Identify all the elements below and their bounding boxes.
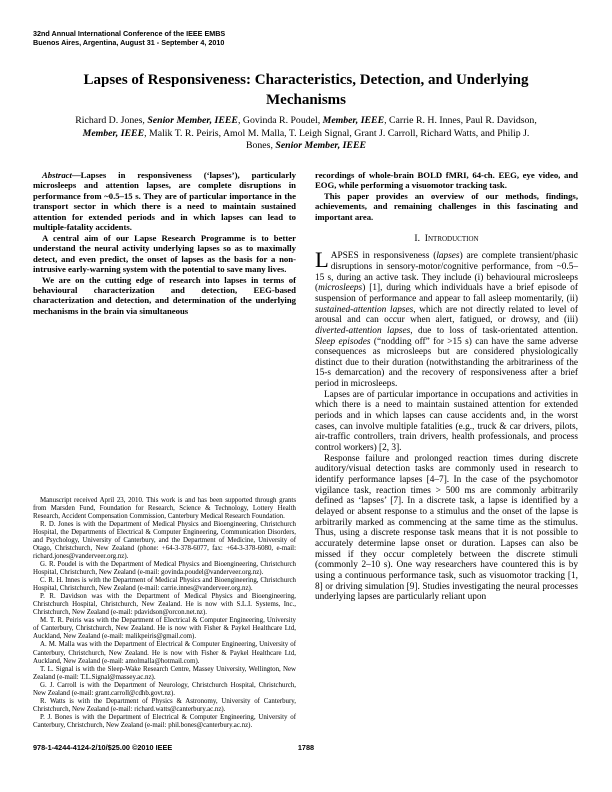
footnote-paragraph: G. R. Poudel is with the Department of M… (33, 561, 296, 577)
paper-title: Lapses of Responsiveness: Characteristic… (76, 71, 536, 110)
conference-header: 32nd Annual International Conference of … (33, 29, 225, 47)
footnote-paragraph: P. J. Bones is with the Department of El… (33, 714, 296, 730)
footnote-paragraph: A. M. Malla was with the Department of E… (33, 641, 296, 665)
text-segment: microsleeps (318, 283, 362, 293)
author-line: Richard D. Jones, Senior Member, IEEE, G… (71, 115, 541, 153)
conference-header-line2: Buenos Aires, Argentina, August 31 - Sep… (33, 38, 225, 47)
footnote-paragraph: P. R. Davidson was with the Department o… (33, 593, 296, 617)
drop-cap: L (315, 251, 331, 270)
paragraph-text: APSES in responsiveness (lapses) are com… (315, 251, 578, 389)
footnote-paragraph: R. D. Jones is with the Department of Me… (33, 521, 296, 561)
abstract-paragraph: This paper provides an overview of our m… (315, 191, 578, 222)
body-paragraph: LAPSES in responsiveness (lapses) are co… (315, 251, 578, 390)
text-segment: diverted-attention lapses (315, 326, 410, 336)
text-segment: lapses (436, 251, 459, 261)
text-segment: APSES in responsiveness ( (331, 251, 437, 261)
text-segment: Senior Member, IEEE (147, 115, 238, 126)
text-segment: , Govinda R. Poudel, (238, 115, 323, 126)
right-column: recordings of whole-brain BOLD fMRI, 64-… (315, 170, 578, 730)
abstract-paragraph: Abstract—Lapses in responsiveness (‘laps… (33, 170, 296, 233)
footnote-paragraph: R. Watts is with the Department of Physi… (33, 698, 296, 714)
left-column: Abstract—Lapses in responsiveness (‘laps… (33, 170, 296, 730)
paper-page: 32nd Annual International Conference of … (0, 0, 612, 792)
footnote-block: Manuscript received April 23, 2010. This… (33, 497, 296, 730)
text-segment: Member, IEEE (323, 115, 385, 126)
two-column-body: Abstract—Lapses in responsiveness (‘laps… (33, 170, 579, 730)
abstract-paragraph: recordings of whole-brain BOLD fMRI, 64-… (315, 170, 578, 191)
text-segment: Sleep episodes (315, 337, 371, 347)
abstract-paragraph: We are on the cutting edge of research i… (33, 275, 296, 317)
body-paragraph: Response failure and prolonged reaction … (315, 454, 578, 603)
text-segment: Abstract (42, 170, 72, 180)
text-segment: Senior Member, IEEE (275, 140, 366, 151)
abstract-paragraph: A central aim of our Lapse Research Prog… (33, 233, 296, 275)
section-heading-introduction: I. Introduction (315, 233, 578, 244)
text-segment: , due to loss of task-orientated attenti… (410, 326, 578, 336)
abstract-block: Abstract—Lapses in responsiveness (‘laps… (33, 170, 296, 316)
footnote-paragraph: Manuscript received April 23, 2010. This… (33, 497, 296, 521)
text-segment: sustained-attention lapses (315, 305, 413, 315)
text-segment: —Lapses in responsiveness (‘lapses’), pa… (33, 170, 296, 232)
conference-header-line1: 32nd Annual International Conference of … (33, 29, 225, 38)
footnote-paragraph: G. J. Carroll is with the Department of … (33, 682, 296, 698)
footnote-paragraph: C. R. H. Innes is with the Department of… (33, 577, 296, 593)
body-paragraph: Lapses are of particular importance in o… (315, 390, 578, 454)
text-segment: Richard D. Jones, (75, 115, 147, 126)
text-segment: Member, IEEE (83, 128, 145, 139)
footnote-paragraph: M. T. R. Peiris was with the Department … (33, 617, 296, 641)
text-segment: , Carrie R. H. Innes, Paul R. Davidson, (384, 115, 537, 126)
copyright-notice: 978-1-4244-4124-2/10/$25.00 ©2010 IEEE (33, 743, 172, 752)
footnote-paragraph: T. L. Signal is with the Sleep-Wake Rese… (33, 666, 296, 682)
